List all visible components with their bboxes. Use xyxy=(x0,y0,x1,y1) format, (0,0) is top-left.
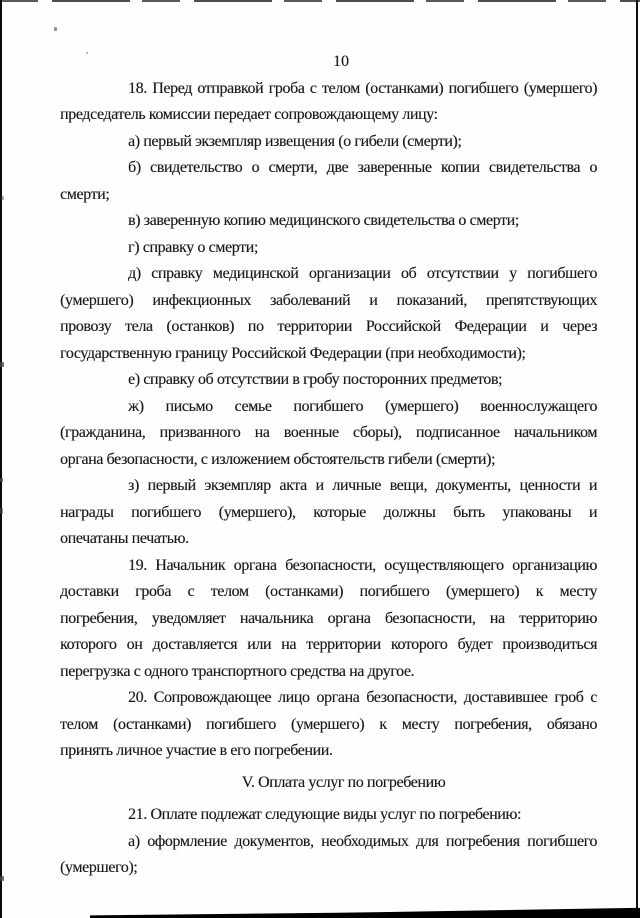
scan-speck xyxy=(0,508,3,514)
text-line: 20. Сопровождающее лицо органа безопасно… xyxy=(60,685,597,712)
text-line: провозу тела (останков) по территории Ро… xyxy=(60,314,597,341)
paragraph-19: 19. Начальник органа безопасности, осуще… xyxy=(60,553,597,686)
document-text-block: 10 18. Перед отправкой гроба с телом (ос… xyxy=(60,49,597,882)
text-line: телом (останками) погибшего (умершего) к… xyxy=(60,712,597,739)
scan-speck xyxy=(0,876,4,881)
paragraph-18-item-a: а) первый экземпляр извещения (о гибели … xyxy=(60,129,597,156)
text-line: награды погибшего (умершего), которые до… xyxy=(60,500,597,527)
text-line: 19. Начальник органа безопасности, осуще… xyxy=(60,553,597,580)
scan-speck xyxy=(0,362,4,367)
paragraph-18-item-z: з) первый экземпляр акта и личные вещи, … xyxy=(60,473,597,553)
text-line: которого он доставляется или на территор… xyxy=(60,632,597,659)
text-line: 21. Оплате подлежат следующие виды услуг… xyxy=(60,802,597,829)
scanned-document-page: 10 18. Перед отправкой гроба с телом (ос… xyxy=(0,0,640,918)
text-line: д) справку медицинской организации об от… xyxy=(60,261,597,288)
text-line: погребения, уведомляет начальника органа… xyxy=(60,606,597,633)
paragraph-18-item-v: в) заверенную копию медицинского свидете… xyxy=(60,208,597,235)
text-line: председатель комиссии передает сопровожд… xyxy=(60,102,597,129)
text-line: з) первый экземпляр акта и личные вещи, … xyxy=(60,473,597,500)
paragraph-21-item-a: а) оформление документов, необходимых дл… xyxy=(60,829,597,882)
paragraph-18-item-e: е) справку об отсутствии в гробу посторо… xyxy=(60,367,597,394)
text-line: смерти; xyxy=(60,182,597,209)
section-heading-v: V. Оплата услуг по погребению xyxy=(60,770,597,797)
scan-edge-right xyxy=(636,0,638,914)
scan-speck xyxy=(1,196,4,200)
scan-edge-left xyxy=(0,0,2,918)
text-line: опечатаны печатью. xyxy=(60,526,597,553)
paragraph-18-item-zh: ж) письмо семье погибшего (умершего) вое… xyxy=(60,394,597,474)
text-line: государственную границу Российской Федер… xyxy=(60,341,597,368)
text-line: б) свидетельство о смерти, две заверенны… xyxy=(60,155,597,182)
text-line: е) справку об отсутствии в гробу посторо… xyxy=(60,367,597,394)
paragraph-18-item-d: д) справку медицинской организации об от… xyxy=(60,261,597,367)
text-line: доставки гроба с телом (останками) погиб… xyxy=(60,579,597,606)
text-line: в) заверенную копию медицинского свидете… xyxy=(60,208,597,235)
text-line: 18. Перед отправкой гроба с телом (остан… xyxy=(60,76,597,103)
scan-edge-bottom xyxy=(90,905,640,918)
text-line: органа безопасности, с изложением обстоя… xyxy=(60,447,597,474)
page-number: 10 xyxy=(60,49,597,76)
text-line: (умершего) инфекционных заболеваний и по… xyxy=(60,288,597,315)
paragraph-18-item-b: б) свидетельство о смерти, две заверенны… xyxy=(60,155,597,208)
paragraph-21: 21. Оплате подлежат следующие виды услуг… xyxy=(60,802,597,829)
text-line: ж) письмо семье погибшего (умершего) вое… xyxy=(60,394,597,421)
text-line: (гражданина, призванного на военные сбор… xyxy=(60,420,597,447)
text-line: а) оформление документов, необходимых дл… xyxy=(60,829,597,856)
text-line: принять личное участие в его погребении. xyxy=(60,738,597,765)
text-line: а) первый экземпляр извещения (о гибели … xyxy=(60,129,597,156)
paragraph-20: 20. Сопровождающее лицо органа безопасно… xyxy=(60,685,597,765)
text-line: перегрузка с одного транспортного средст… xyxy=(60,659,597,686)
scan-speck xyxy=(54,27,57,31)
text-line: г) справку о смерти; xyxy=(60,235,597,262)
text-line: (умершего); xyxy=(60,855,597,882)
paragraph-18: 18. Перед отправкой гроба с телом (остан… xyxy=(60,76,597,129)
scan-speck xyxy=(0,478,3,482)
scan-edge-top xyxy=(0,0,640,2)
paragraph-18-item-g: г) справку о смерти; xyxy=(60,235,597,262)
